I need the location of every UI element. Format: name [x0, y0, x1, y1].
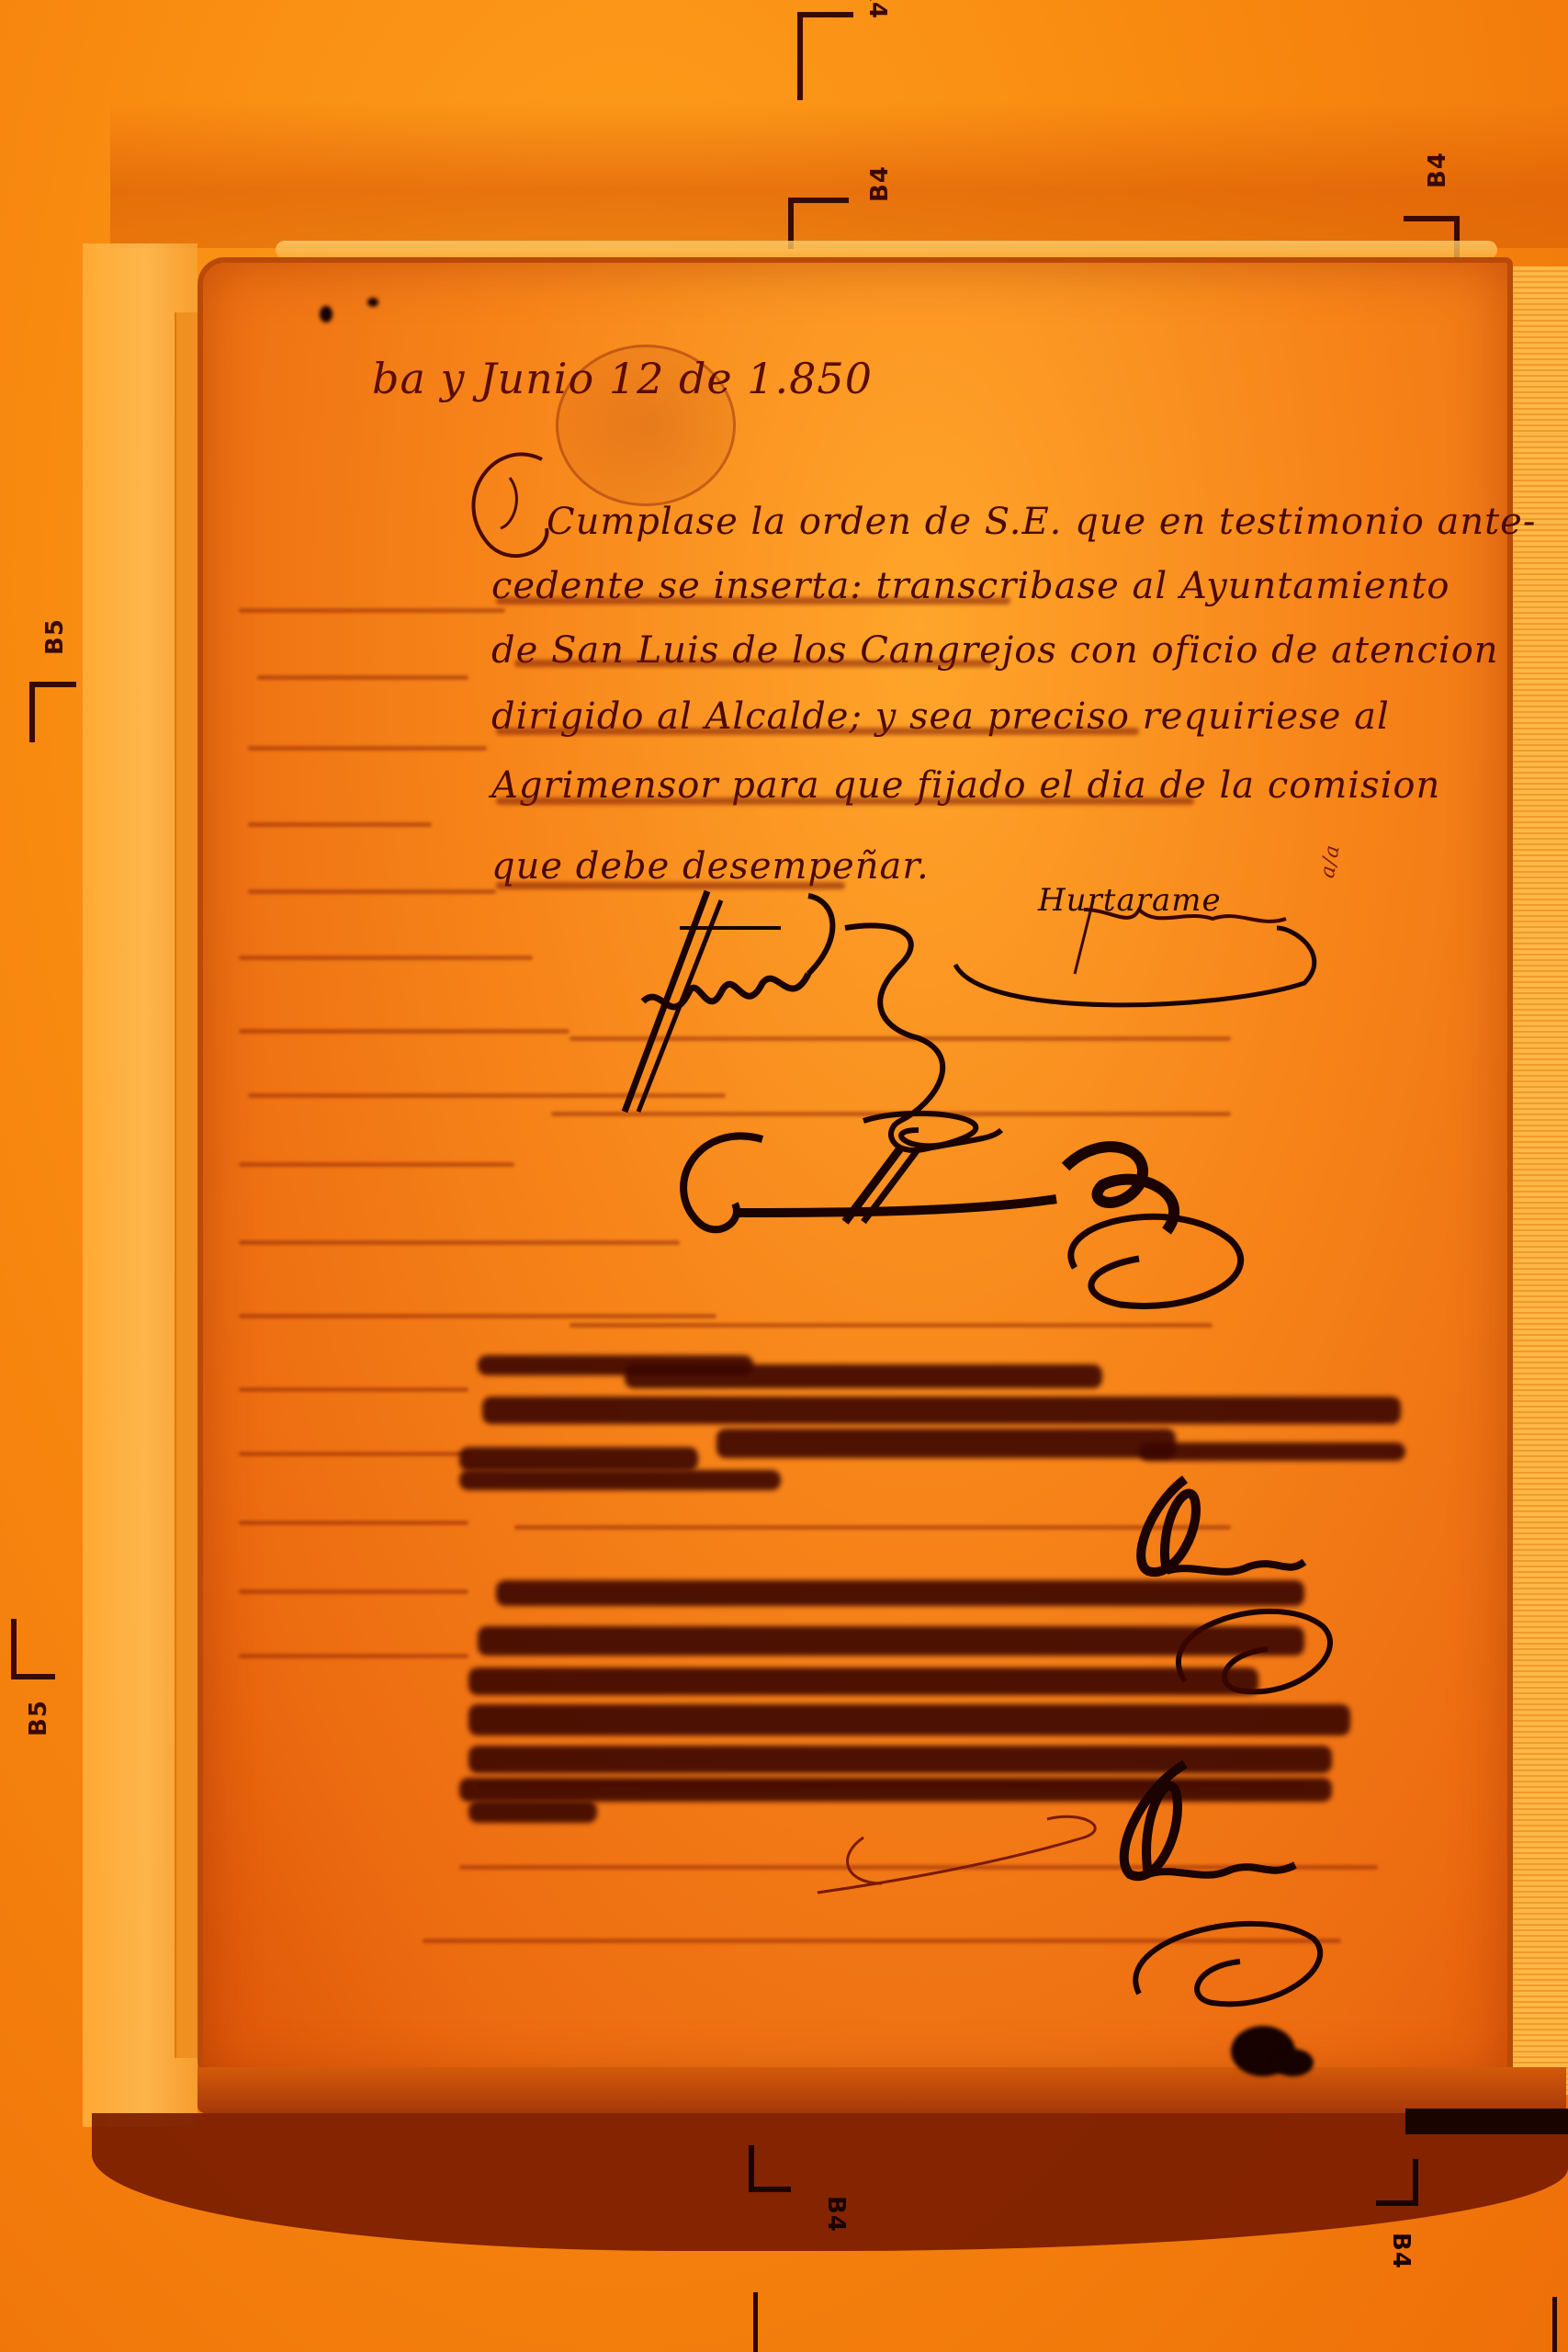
- bleed-through-heavy: [482, 1396, 1401, 1424]
- bleed-through-strike: [496, 797, 1194, 805]
- bleed-through-heavy: [468, 1704, 1350, 1736]
- bleed-through-faint-line: [248, 822, 432, 827]
- bleed-through-faint-line: [239, 1162, 514, 1167]
- ink-spot: [367, 298, 378, 307]
- crop-label-top-right: B4: [1424, 152, 1451, 188]
- crop-label-top-left: B4: [866, 165, 894, 202]
- bleed-through-heavy: [468, 1801, 597, 1823]
- bleed-through-heavy: [468, 1668, 1258, 1695]
- dark-shadow-corner: [1405, 2109, 1568, 2134]
- crop-mark-left-lower: [11, 1619, 55, 1679]
- crop-mark-top-partial: [797, 12, 853, 100]
- crop-mark-bottom-left: [749, 2145, 791, 2192]
- bleed-through-heavy: [1139, 1442, 1405, 1461]
- bleed-through-faint-line: [257, 675, 468, 680]
- ink-spot: [320, 306, 333, 322]
- bleed-through-faint-line: [239, 1589, 468, 1594]
- page-top-edge: [276, 241, 1497, 259]
- bleed-through-faint-line: [248, 889, 496, 894]
- bleed-through-heavy: [459, 1447, 698, 1471]
- bleed-through-strike: [514, 660, 992, 667]
- bleed-through-heavy: [478, 1626, 1304, 1656]
- bleed-through-faint-line: [239, 1240, 680, 1245]
- bleed-through-heavy: [625, 1364, 1102, 1388]
- bleed-through-faint-line: [239, 608, 505, 613]
- bleed-through-strike: [496, 597, 1010, 605]
- page-bottom-edge: [197, 2067, 1566, 2113]
- bleed-through-faint-line: [239, 1521, 468, 1525]
- ink-blot-bottom: [1272, 2049, 1314, 2076]
- tick-line-bottom-left: [753, 2292, 758, 2352]
- document-date-line: ba y Junio 12 de 1.850: [372, 354, 873, 403]
- crop-mark-bottom-right: [1376, 2159, 1418, 2206]
- bleed-through-heavy: [496, 1580, 1304, 1606]
- bleed-through-strike: [496, 728, 1139, 735]
- bleed-through-faint-line: [239, 1654, 468, 1658]
- crop-label-bottom-left: B4: [822, 2196, 850, 2233]
- crop-label-top-partial: A4: [863, 0, 891, 19]
- bleed-through-heavy: [716, 1429, 1176, 1458]
- crop-label-bottom-right: B4: [1387, 2233, 1415, 2269]
- bleed-through-faint-line: [248, 746, 487, 751]
- bleed-through-faint-line: [239, 955, 533, 960]
- crop-mark-left-upper: [29, 682, 76, 742]
- bleed-through-heavy: [459, 1470, 781, 1490]
- crop-label-left-lower: B5: [25, 1700, 52, 1736]
- tick-line-bottom-right: [1552, 2297, 1557, 2352]
- crop-label-left-upper: B5: [41, 618, 69, 655]
- bleed-through-faint-line: [239, 1387, 468, 1392]
- signature-2-text: Hurtarame: [1038, 882, 1222, 919]
- bleed-through-faint-line: [239, 1452, 468, 1456]
- bleed-through-faint-line: [239, 1029, 570, 1034]
- body-line-1: Cumplase la orden de S.E. que en testimo…: [547, 501, 1536, 543]
